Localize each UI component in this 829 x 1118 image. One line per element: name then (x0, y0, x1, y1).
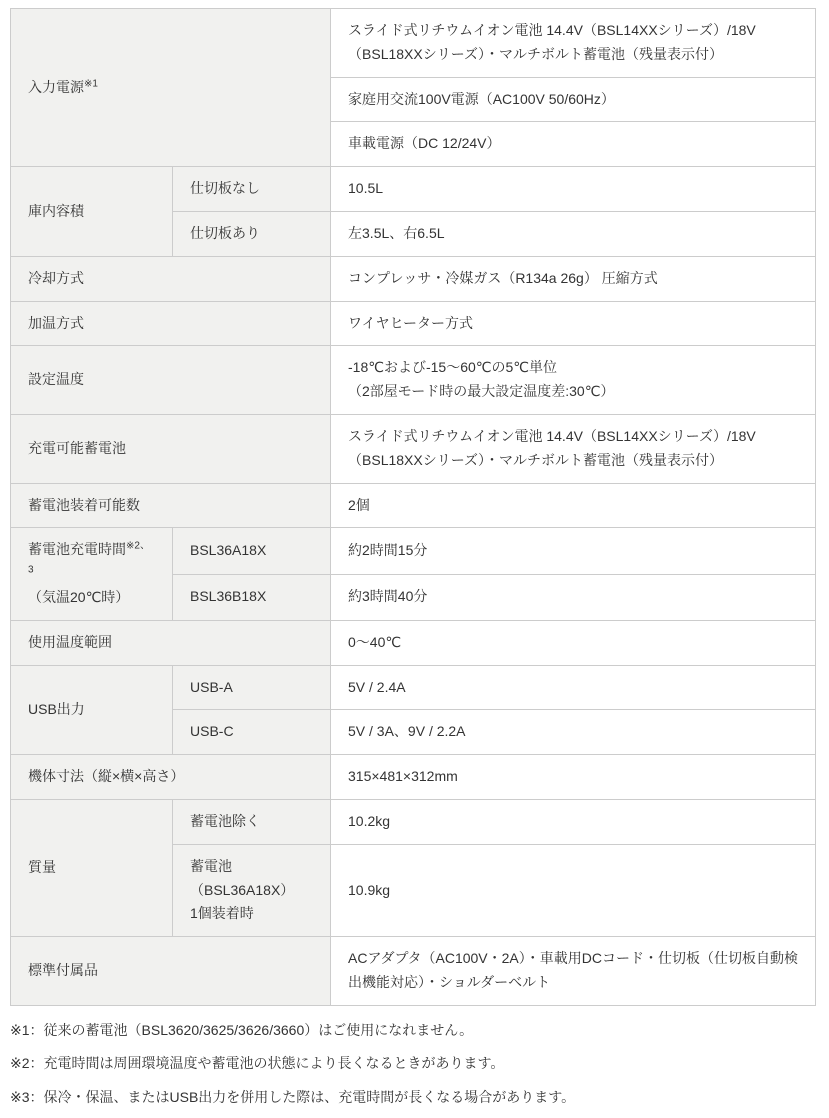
row-label-text: 蓄電池充電時間 (28, 541, 126, 557)
table-row: 質量 蓄電池除く 10.2kg (11, 799, 816, 844)
spec-page: 入力電源※1 スライド式リチウムイオン電池 14.4V（BSL14XXシリーズ）… (0, 0, 829, 1118)
sublabel-bsl36a18x: BSL36A18X (173, 528, 331, 574)
value-standard-accessories: ACアダプタ（AC100V・2A）・車載用DCコード・仕切板（仕切板自動検出機能… (331, 937, 816, 1006)
footnote-2: ※2：充電時間は周囲環境温度や蓄電池の状態により長くなるときがあります。 (10, 1054, 819, 1074)
row-label-internal-capacity: 庫内容積 (11, 167, 173, 257)
value-input-power-dc: 車載電源（DC 12/24V） (331, 122, 816, 167)
row-label-input-power: 入力電源※1 (11, 9, 331, 167)
table-row: 機体寸法（縦×横×高さ） 315×481×312mm (11, 755, 816, 800)
footnotes: ※1：従来の蓄電池（BSL3620/3625/3626/3660）はご使用になれ… (0, 1006, 829, 1118)
sublabel-weight-without-battery: 蓄電池除く (173, 799, 331, 844)
table-row: 入力電源※1 スライド式リチウムイオン電池 14.4V（BSL14XXシリーズ）… (11, 9, 816, 78)
row-label-cooling-method: 冷却方式 (11, 256, 331, 301)
row-label-battery-slots: 蓄電池装着可能数 (11, 483, 331, 528)
value-battery-slots: 2個 (331, 483, 816, 528)
table-row: 使用温度範囲 0～40℃ (11, 620, 816, 665)
row-label-heating-method: 加温方式 (11, 301, 331, 346)
sublabel-with-divider: 仕切板あり (173, 211, 331, 256)
row-label-chargeable-battery: 充電可能蓄電池 (11, 414, 331, 483)
table-row: 標準付属品 ACアダプタ（AC100V・2A）・車載用DCコード・仕切板（仕切板… (11, 937, 816, 1006)
row-label-text: 入力電源 (28, 79, 84, 95)
value-dimensions: 315×481×312mm (331, 755, 816, 800)
value-set-temperature-line2: （2部屋モード時の最大設定温度差:30℃） (348, 380, 798, 404)
value-weight-with-battery: 10.9kg (331, 844, 816, 936)
value-cooling-method: コンプレッサ・冷媒ガス（R134a 26g） 圧縮方式 (331, 256, 816, 301)
value-charging-time-bsl36a18x: 約2時間15分 (331, 528, 816, 574)
spec-table-container: 入力電源※1 スライド式リチウムイオン電池 14.4V（BSL14XXシリーズ）… (0, 0, 829, 1006)
row-label-usb-output: USB出力 (11, 665, 173, 755)
footnote-3: ※3：保冷・保温、またはUSB出力を併用した際は、充電時間が長くなる場合がありま… (10, 1088, 819, 1108)
sublabel-weight-with-battery: 蓄電池（BSL36A18X） 1個装着時 (173, 844, 331, 936)
row-label-set-temperature: 設定温度 (11, 346, 331, 415)
table-row: 加温方式 ワイヤヒーター方式 (11, 301, 816, 346)
table-row: 充電可能蓄電池 スライド式リチウムイオン電池 14.4V（BSL14XXシリーズ… (11, 414, 816, 483)
value-usb-a: 5V / 2.4A (331, 665, 816, 710)
table-row: USB出力 USB-A 5V / 2.4A (11, 665, 816, 710)
table-row: 冷却方式 コンプレッサ・冷媒ガス（R134a 26g） 圧縮方式 (11, 256, 816, 301)
table-row: 蓄電池充電時間※2、3 （気温20℃時） BSL36A18X 約2時間15分 (11, 528, 816, 574)
footnote-ref-1: ※1 (84, 78, 98, 89)
value-input-power-battery: スライド式リチウムイオン電池 14.4V（BSL14XXシリーズ）/18V（BS… (331, 9, 816, 78)
value-usb-c: 5V / 3A、9V / 2.2A (331, 710, 816, 755)
value-set-temperature: -18℃および-15～60℃の5℃単位 （2部屋モード時の最大設定温度差:30℃… (331, 346, 816, 415)
sublabel-weight-with-battery-line1: 蓄電池（BSL36A18X） (190, 855, 313, 903)
value-charging-time-bsl36b18x: 約3時間40分 (331, 574, 816, 620)
value-capacity-no-divider: 10.5L (331, 167, 816, 212)
sublabel-weight-with-battery-line2: 1個装着時 (190, 902, 313, 926)
footnote-1: ※1：従来の蓄電池（BSL3620/3625/3626/3660）はご使用になれ… (10, 1021, 819, 1041)
value-set-temperature-line1: -18℃および-15～60℃の5℃単位 (348, 356, 798, 380)
table-row: 設定温度 -18℃および-15～60℃の5℃単位 （2部屋モード時の最大設定温度… (11, 346, 816, 415)
table-row: 庫内容積 仕切板なし 10.5L (11, 167, 816, 212)
value-input-power-ac: 家庭用交流100V電源（AC100V 50/60Hz） (331, 77, 816, 122)
sublabel-no-divider: 仕切板なし (173, 167, 331, 212)
row-label-standard-accessories: 標準付属品 (11, 937, 331, 1006)
value-weight-without-battery: 10.2kg (331, 799, 816, 844)
spec-table: 入力電源※1 スライド式リチウムイオン電池 14.4V（BSL14XXシリーズ）… (10, 8, 816, 1006)
value-chargeable-battery: スライド式リチウムイオン電池 14.4V（BSL14XXシリーズ）/18V（BS… (331, 414, 816, 483)
value-capacity-with-divider: 左3.5L、右6.5L (331, 211, 816, 256)
row-label-dimensions: 機体寸法（縦×横×高さ） (11, 755, 331, 800)
row-label-weight: 質量 (11, 799, 173, 936)
row-label-charging-time-line1: 蓄電池充電時間※2、3 (28, 538, 155, 586)
row-label-operating-temp-range: 使用温度範囲 (11, 620, 331, 665)
row-label-charging-time: 蓄電池充電時間※2、3 （気温20℃時） (11, 528, 173, 620)
row-label-charging-time-line2: （気温20℃時） (28, 586, 155, 610)
sublabel-usb-a: USB-A (173, 665, 331, 710)
value-heating-method: ワイヤヒーター方式 (331, 301, 816, 346)
sublabel-usb-c: USB-C (173, 710, 331, 755)
table-row: 蓄電池装着可能数 2個 (11, 483, 816, 528)
value-operating-temp-range: 0～40℃ (331, 620, 816, 665)
sublabel-bsl36b18x: BSL36B18X (173, 574, 331, 620)
